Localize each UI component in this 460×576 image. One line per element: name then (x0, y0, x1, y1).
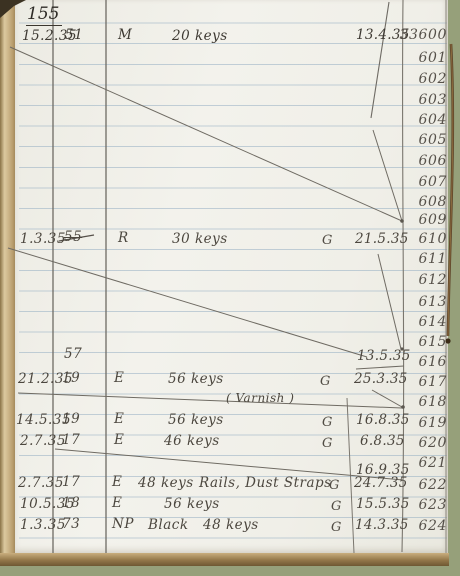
stock-number: 51 (65, 27, 83, 44)
serial-number: 605 (399, 132, 447, 148)
serial-number: 601 (399, 50, 447, 66)
g-mark: G (322, 435, 333, 452)
g-mark: G (322, 414, 333, 431)
entry-date: 2.7.35 (20, 433, 66, 450)
serial-number: 607 (399, 174, 447, 190)
description: 30 keys (172, 231, 228, 248)
scanned-ledger-page: 155 15.2.35 51 M 20 keys 13.4.35 1.3.35 … (0, 0, 460, 576)
stock-number: 17 (62, 432, 80, 449)
book-page-stack-left-edge (0, 0, 15, 566)
description: 56 keys (168, 371, 224, 388)
serial-number: 33600 (399, 27, 447, 43)
serial-number: 613 (399, 294, 447, 310)
serial-number: 608 (399, 194, 447, 210)
model-letter: E (114, 370, 124, 387)
serial-number: 622 (399, 477, 447, 493)
description: 20 keys (172, 28, 228, 45)
serial-number: 614 (399, 314, 447, 330)
description: 56 keys (164, 496, 220, 513)
serial-number: 615 (399, 334, 447, 350)
g-mark: G (329, 477, 340, 494)
model-letter: R (118, 230, 129, 247)
model-letter: E (114, 432, 124, 449)
stock-number: 73 (62, 516, 80, 533)
description: 48 keys (138, 475, 194, 492)
g-mark: G (331, 519, 342, 536)
serial-number: 620 (399, 435, 447, 451)
serial-number: 604 (399, 112, 447, 128)
g-mark: G (320, 373, 331, 390)
serial-number: 619 (399, 415, 447, 431)
model-letter: E (114, 411, 124, 428)
g-mark: G (322, 232, 333, 249)
stock-number: 55 (64, 229, 82, 246)
serial-number: 624 (399, 518, 447, 534)
serial-number: 603 (399, 92, 447, 108)
serial-number: 610 (399, 231, 447, 247)
serial-number: 616 (399, 354, 447, 370)
description: 48 keys (203, 517, 259, 534)
entry-date: 2.7.35 (18, 475, 64, 492)
stock-number: 18 (62, 495, 80, 512)
entry-date: 1.3.35 (20, 517, 66, 534)
serial-number: 602 (399, 71, 447, 87)
stock-number: 19 (62, 370, 80, 387)
serial-number: 617 (399, 374, 447, 390)
model-letter: E (112, 474, 122, 491)
entry-date: 1.3.35 (20, 231, 66, 248)
model-letter: NP (112, 516, 134, 533)
description: 56 keys (168, 412, 224, 429)
stock-number: 57 (64, 346, 82, 363)
stock-number: 17 (62, 474, 80, 491)
page-number: 155 (26, 4, 62, 26)
serial-number: 612 (399, 272, 447, 288)
serial-number: 606 (399, 153, 447, 169)
stock-number: 19 (62, 411, 80, 428)
varnish-note: ( Varnish ) (226, 390, 294, 407)
model-letter: M (118, 27, 132, 44)
serial-number: 611 (399, 251, 447, 267)
book-page-stack-bottom-edge (0, 553, 449, 566)
serial-number: 618 (399, 394, 447, 410)
serial-number: 621 (399, 455, 447, 471)
model-letter: E (112, 495, 122, 512)
fittings-note: Rails, Dust Straps (199, 475, 332, 492)
serial-number: 609 (399, 212, 447, 228)
finish-note: Black (148, 517, 189, 534)
description: 46 keys (164, 433, 220, 450)
g-mark: G (331, 498, 342, 515)
serial-number: 623 (399, 497, 447, 513)
